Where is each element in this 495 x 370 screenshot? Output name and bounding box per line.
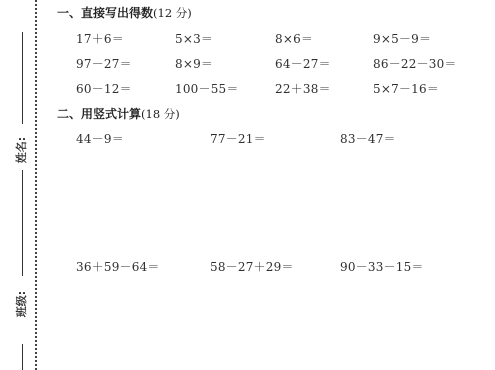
name-bottom-line xyxy=(22,170,23,276)
section1-heading: 一、直接写出得数 xyxy=(57,6,153,20)
problem: 5×7－16＝ xyxy=(373,80,439,97)
problem: 60－12＝ xyxy=(76,80,132,97)
problem: 44－9＝ xyxy=(76,130,124,147)
problem: 5×3＝ xyxy=(175,30,213,47)
problem: 90－33－15＝ xyxy=(340,258,424,275)
problem: 17＋6＝ xyxy=(76,30,124,47)
problem: 100－55＝ xyxy=(175,80,239,97)
section2-score: (18 分) xyxy=(141,107,180,121)
dashed-cut-line xyxy=(35,0,37,370)
section1-title: 一、直接写出得数(12 分) xyxy=(57,4,192,21)
name-write-line xyxy=(22,32,23,124)
class-write-line xyxy=(22,344,23,370)
problem: 58－27＋29＝ xyxy=(210,258,294,275)
problem: 77－21＝ xyxy=(210,130,266,147)
name-label: 姓名: xyxy=(7,138,35,162)
section1-score: (12 分) xyxy=(153,6,192,20)
problem: 36＋59－64＝ xyxy=(76,258,160,275)
section2-heading: 二、用竖式计算 xyxy=(57,107,141,121)
problem: 9×5－9＝ xyxy=(373,30,431,47)
problem: 97－27＝ xyxy=(76,55,132,72)
problem: 64－27＝ xyxy=(275,55,331,72)
problem: 22＋38＝ xyxy=(275,80,331,97)
section2-title: 二、用竖式计算(18 分) xyxy=(57,105,180,122)
class-label: 班级: xyxy=(7,292,35,316)
problem: 8×9＝ xyxy=(175,55,213,72)
problem: 83－47＝ xyxy=(340,130,396,147)
problem: 86－22－30＝ xyxy=(373,55,457,72)
problem: 8×6＝ xyxy=(275,30,313,47)
